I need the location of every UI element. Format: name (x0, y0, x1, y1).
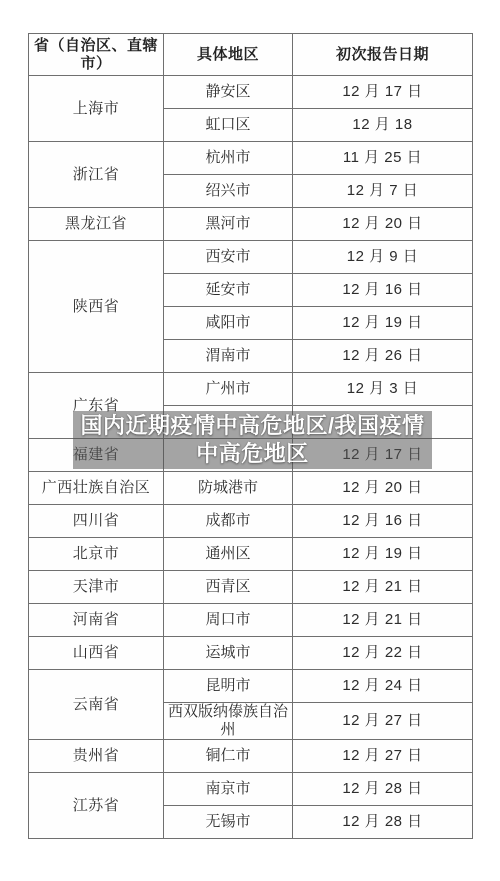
date-cell: 12 月 16 日 (293, 505, 473, 538)
table-row: 天津市西青区12 月 21 日 (29, 571, 473, 604)
table-row: 江苏省南京市12 月 28 日 (29, 773, 473, 806)
area-cell: 西双版纳傣族自治州 (164, 703, 293, 740)
table-row: 浙江省杭州市11 月 25 日 (29, 142, 473, 175)
area-cell: 西安市 (164, 241, 293, 274)
area-cell: 咸阳市 (164, 307, 293, 340)
date-cell: 12 月 21 日 (293, 604, 473, 637)
page: 省（自治区、直辖市） 具体地区 初次报告日期 上海市静安区12 月 17 日虹口… (0, 0, 500, 881)
header-report-date: 初次报告日期 (293, 34, 473, 76)
table-row: 上海市静安区12 月 17 日 (29, 76, 473, 109)
table-row: 黑龙江省黑河市12 月 20 日 (29, 208, 473, 241)
table-row: 贵州省铜仁市12 月 27 日 (29, 740, 473, 773)
header-area: 具体地区 (164, 34, 293, 76)
table-row: 陕西省西安市12 月 9 日 (29, 241, 473, 274)
province-cell: 上海市 (29, 76, 164, 142)
caption-line-1: 国内近期疫情中高危地区/我国疫情 (80, 412, 424, 440)
date-cell: 12 月 27 日 (293, 703, 473, 740)
area-cell: 通州区 (164, 538, 293, 571)
caption-line-2: 中高危地区 (196, 440, 309, 468)
date-cell: 12 月 16 日 (293, 274, 473, 307)
area-cell: 静安区 (164, 76, 293, 109)
date-cell: 12 月 27 日 (293, 740, 473, 773)
date-cell: 12 月 21 日 (293, 571, 473, 604)
area-cell: 周口市 (164, 604, 293, 637)
province-cell: 贵州省 (29, 740, 164, 773)
table-row: 山西省运城市12 月 22 日 (29, 637, 473, 670)
area-cell: 防城港市 (164, 472, 293, 505)
province-cell: 黑龙江省 (29, 208, 164, 241)
table-row: 广东省广州市12 月 3 日 (29, 373, 473, 406)
province-cell: 云南省 (29, 670, 164, 740)
area-cell: 绍兴市 (164, 175, 293, 208)
area-cell: 无锡市 (164, 806, 293, 839)
area-cell: 黑河市 (164, 208, 293, 241)
date-cell: 12 月 28 日 (293, 773, 473, 806)
date-cell: 12 月 20 日 (293, 208, 473, 241)
province-cell: 山西省 (29, 637, 164, 670)
date-cell: 12 月 19 日 (293, 307, 473, 340)
area-cell: 渭南市 (164, 340, 293, 373)
date-cell: 12 月 28 日 (293, 806, 473, 839)
date-cell: 12 月 9 日 (293, 241, 473, 274)
province-cell: 北京市 (29, 538, 164, 571)
area-cell: 广州市 (164, 373, 293, 406)
province-cell: 陕西省 (29, 241, 164, 373)
date-cell: 12 月 7 日 (293, 175, 473, 208)
date-cell: 12 月 24 日 (293, 670, 473, 703)
area-cell: 运城市 (164, 637, 293, 670)
area-cell: 西青区 (164, 571, 293, 604)
date-cell: 12 月 17 日 (293, 76, 473, 109)
area-cell: 成都市 (164, 505, 293, 538)
date-cell: 11 月 25 日 (293, 142, 473, 175)
area-cell: 南京市 (164, 773, 293, 806)
area-cell: 延安市 (164, 274, 293, 307)
date-cell: 12 月 18 (293, 109, 473, 142)
date-cell: 12 月 20 日 (293, 472, 473, 505)
province-cell: 江苏省 (29, 773, 164, 839)
date-cell: 12 月 19 日 (293, 538, 473, 571)
province-cell: 浙江省 (29, 142, 164, 208)
area-cell: 虹口区 (164, 109, 293, 142)
caption-overlay: 国内近期疫情中高危地区/我国疫情 中高危地区 (73, 411, 432, 469)
table-row: 云南省昆明市12 月 24 日 (29, 670, 473, 703)
province-cell: 广西壮族自治区 (29, 472, 164, 505)
table-header: 省（自治区、直辖市） 具体地区 初次报告日期 (29, 34, 473, 76)
date-cell: 12 月 22 日 (293, 637, 473, 670)
date-cell: 12 月 3 日 (293, 373, 473, 406)
area-cell: 杭州市 (164, 142, 293, 175)
province-cell: 河南省 (29, 604, 164, 637)
table-row: 河南省周口市12 月 21 日 (29, 604, 473, 637)
table-row: 北京市通州区12 月 19 日 (29, 538, 473, 571)
table-row: 四川省成都市12 月 16 日 (29, 505, 473, 538)
area-cell: 昆明市 (164, 670, 293, 703)
table-row: 广西壮族自治区防城港市12 月 20 日 (29, 472, 473, 505)
date-cell: 12 月 26 日 (293, 340, 473, 373)
header-row: 省（自治区、直辖市） 具体地区 初次报告日期 (29, 34, 473, 76)
header-province: 省（自治区、直辖市） (29, 34, 164, 76)
area-cell: 铜仁市 (164, 740, 293, 773)
province-cell: 天津市 (29, 571, 164, 604)
province-cell: 四川省 (29, 505, 164, 538)
